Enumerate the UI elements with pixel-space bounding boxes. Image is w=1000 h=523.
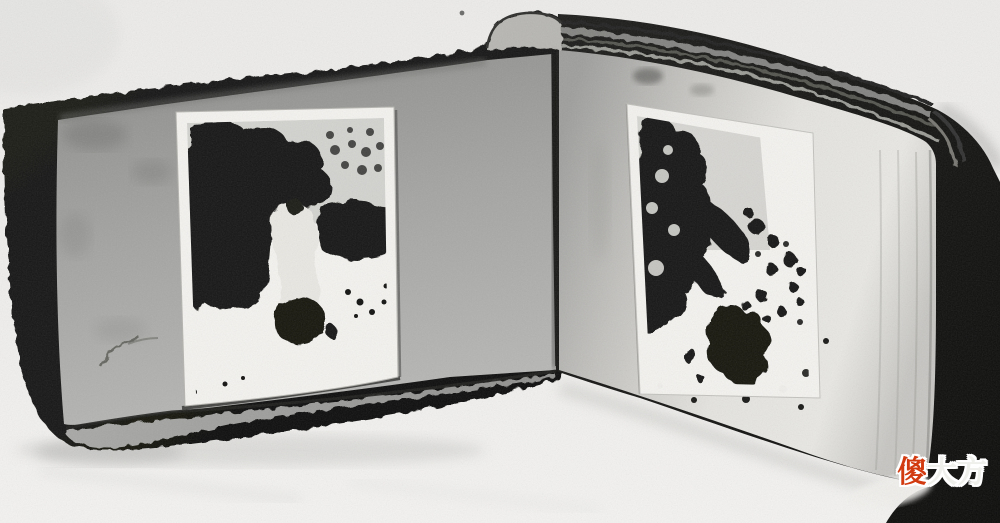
film-grain-overlay bbox=[0, 0, 1000, 523]
watermark-first-char: 傻 bbox=[897, 455, 927, 490]
album-scene-graphic bbox=[0, 0, 1000, 523]
site-watermark: 傻大方 bbox=[897, 458, 987, 488]
photograph-open-album: Black-and-white photograph of an old pho… bbox=[0, 0, 1000, 523]
watermark-rest-chars: 大方 bbox=[927, 455, 987, 490]
